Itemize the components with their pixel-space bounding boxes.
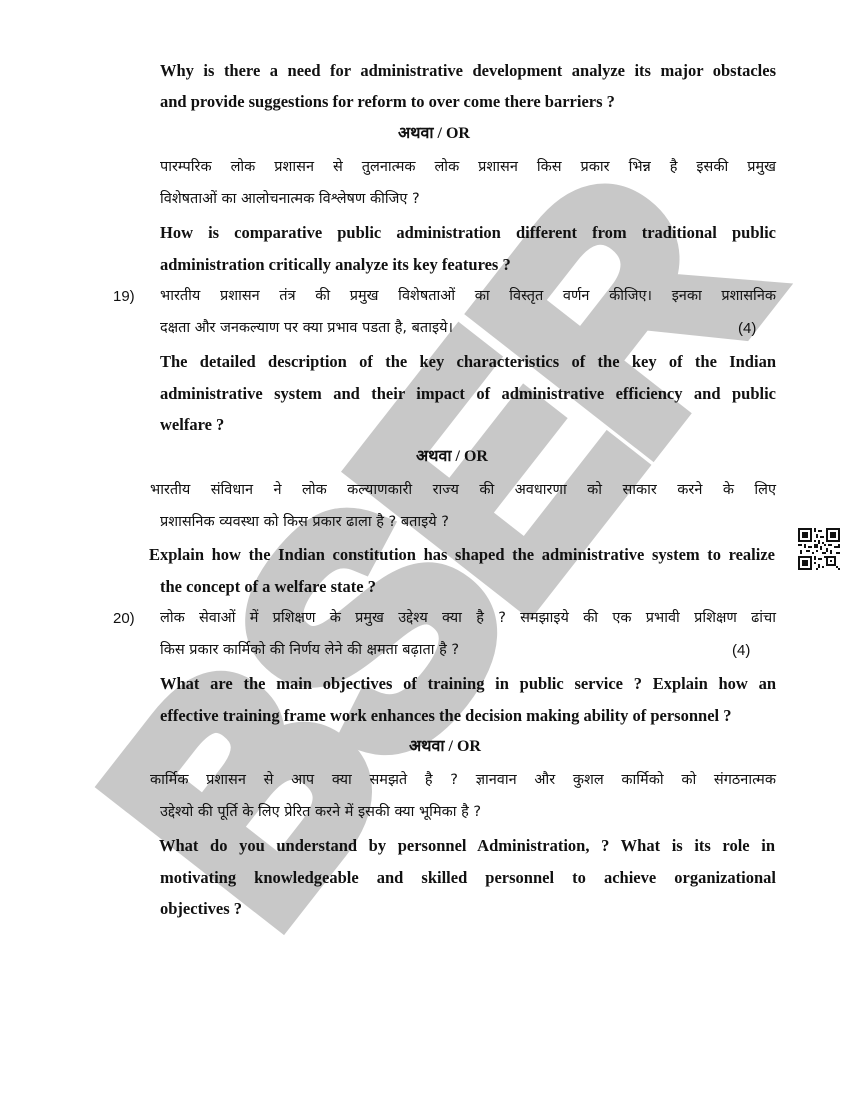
or-divider: अथवा / OR [345, 737, 545, 757]
q19-en-line-3: welfare ? [160, 415, 224, 435]
q20-hi-line-2: किस प्रकार कार्मिको की निर्णय लेने की क्… [160, 640, 459, 660]
q18-en-line-2: and provide suggestions for reform to ov… [160, 92, 615, 112]
q20-alt-hi-line-1: कार्मिक प्रशासन से आप क्या समझते है ? ज्… [150, 770, 776, 790]
q18-en-line-1: Why is there a need for administrative d… [160, 61, 776, 81]
q19-alt-hi-line-1: भारतीय संविधान ने लोक कल्याणकारी राज्य क… [150, 480, 776, 500]
q20-alt-en-line-3: objectives ? [160, 899, 242, 919]
q19-marks: (4) [738, 319, 756, 339]
qr-code-icon [798, 528, 840, 570]
q20-marks: (4) [732, 641, 750, 661]
or-divider: अथवा / OR [334, 124, 534, 144]
question-number-20: 20) [113, 609, 135, 629]
q19-hi-line-1: भारतीय प्रशासन तंत्र की प्रमुख विशेषताओं… [160, 286, 776, 306]
q20-hi-line-1: लोक सेवाओं में प्रशिक्षण के प्रमुख उद्दे… [160, 608, 776, 628]
q19-en-line-1: The detailed description of the key char… [160, 352, 776, 372]
q20-alt-hi-line-2: उद्देश्यो की पूर्ति के लिए प्रेरित करने … [160, 802, 481, 822]
question-number-19: 19) [113, 287, 135, 307]
q18-alt-en-line-1: How is comparative public administration… [160, 223, 776, 243]
q20-alt-en-line-2: motivating knowledgeable and skilled per… [160, 868, 776, 888]
q20-en-line-1: What are the main objectives of training… [160, 674, 776, 694]
q19-alt-en-line-1: Explain how the Indian constitution has … [149, 545, 775, 565]
exam-page: BSER Why is there a need for administrat… [0, 0, 850, 1100]
q19-hi-line-2: दक्षता और जनकल्याण पर क्या प्रभाव पडता ह… [160, 318, 453, 338]
q18-alt-hi-line-2: विशेषताओं का आलोचनात्मक विश्लेषण कीजिए ? [160, 189, 420, 209]
q20-alt-en-line-1: What do you understand by personnel Admi… [159, 836, 775, 856]
q19-alt-hi-line-2: प्रशासनिक व्यवस्था को किस प्रकार ढाला है… [160, 512, 449, 532]
q19-alt-en-line-2: the concept of a welfare state ? [160, 577, 376, 597]
q20-en-line-2: effective training frame work enhances t… [160, 706, 732, 726]
q19-en-line-2: administrative system and their impact o… [160, 384, 776, 404]
q18-alt-hi-line-1: पारम्परिक लोक प्रशासन से तुलनात्मक लोक प… [160, 157, 776, 177]
or-divider: अथवा / OR [352, 447, 552, 467]
q18-alt-en-line-2: administration critically analyze its ke… [160, 255, 511, 275]
